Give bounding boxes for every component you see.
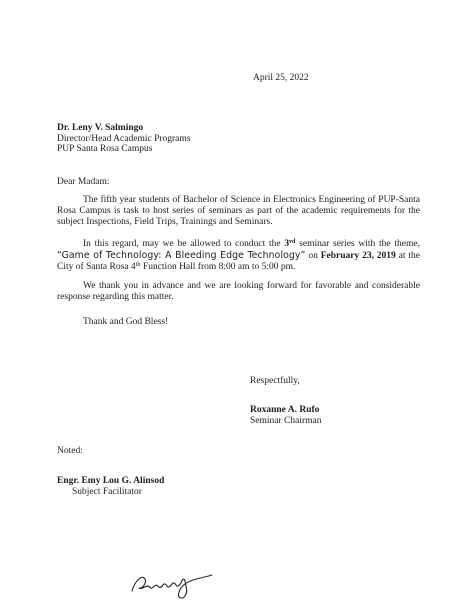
para2-segment-1: In this regard, may we be allowed to con… — [83, 239, 284, 249]
valediction: Respectfully, — [250, 376, 300, 386]
letter-date: April 25, 2022 — [253, 73, 309, 83]
recipient-name: Dr. Leny V. Salmingo — [57, 123, 190, 134]
noted-title: Subject Facilitator — [72, 487, 142, 497]
seminar-ordinal-suffix: rd — [289, 238, 295, 245]
recipient-block: Dr. Leny V. Salmingo Director/Head Acade… — [57, 123, 190, 155]
seminar-theme: “Game of Technology: A Bleeding Edge Tec… — [57, 250, 305, 261]
body-paragraph-3: We thank you in advance and we are looki… — [57, 281, 420, 303]
noted-name: Engr. Emy Lou G. Alinsod — [57, 476, 164, 486]
salutation: Dear Madam: — [57, 177, 110, 187]
sender-name: Roxanne A. Rufo — [250, 405, 319, 415]
event-date: February 23, 2019 — [321, 251, 396, 261]
floor-ordinal-suffix: th — [136, 261, 141, 268]
para2-segment-5: Function Hall from 8:00 am to 5:00 pm. — [141, 262, 296, 272]
para2-segment-3: on — [305, 251, 320, 261]
body-paragraph-4: Thank and God Bless! — [83, 317, 168, 327]
recipient-organization: PUP Santa Rosa Campus — [57, 144, 190, 155]
letter-page: April 25, 2022 Dr. Leny V. Salmingo Dire… — [0, 0, 474, 613]
noted-label: Noted: — [57, 446, 83, 456]
body-paragraph-1: The fifth year students of Bachelor of S… — [57, 195, 420, 228]
recipient-title: Director/Head Academic Programs — [57, 134, 190, 145]
body-paragraph-2: In this regard, may we be allowed to con… — [57, 239, 420, 273]
sender-title: Seminar Chairman — [250, 416, 322, 426]
handwritten-signature-icon — [126, 565, 220, 605]
para2-segment-2: seminar series with the theme, — [295, 239, 420, 249]
